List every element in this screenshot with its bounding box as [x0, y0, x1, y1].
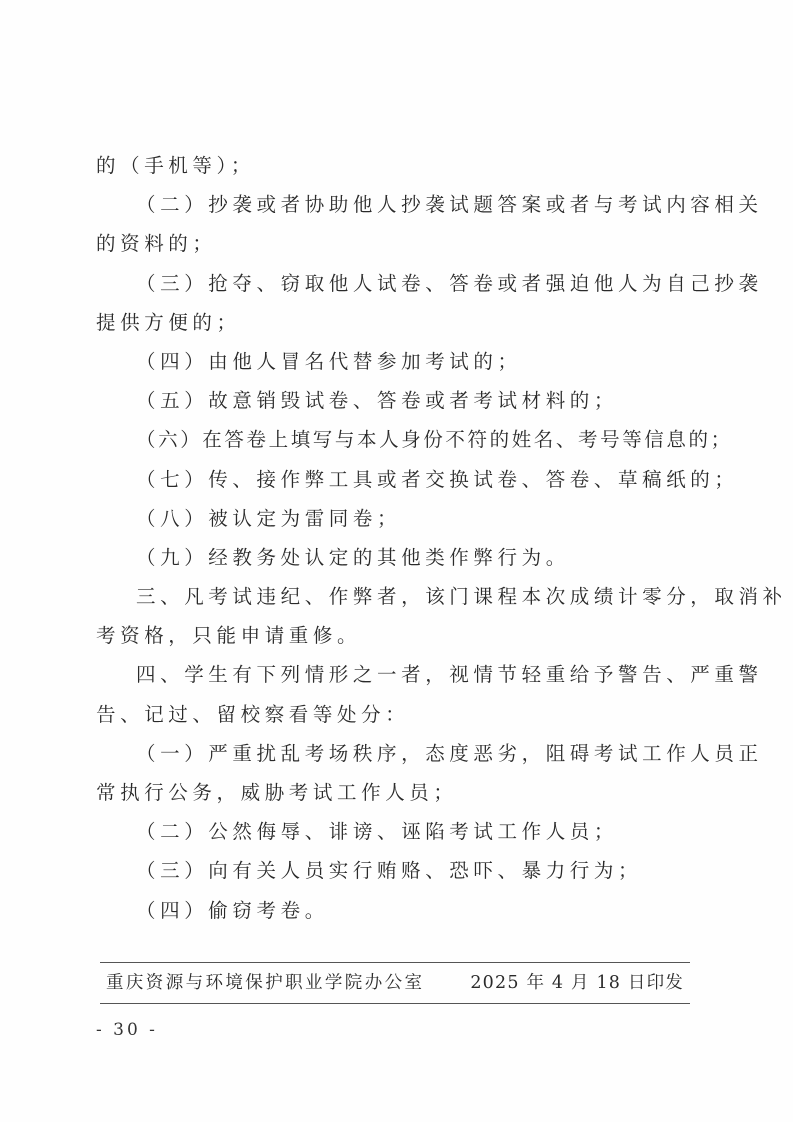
text-line: （六）在答卷上填写与本人身份不符的姓名、考号等信息的；	[96, 420, 702, 459]
body-text: 的（手机等）； （二）抄袭或者协助他人抄袭试题答案或者与考试内容相关 的资料的；…	[96, 146, 702, 930]
issuing-office: 重庆资源与环境保护职业学院办公室	[106, 963, 424, 1003]
text-line: 四、学生有下列情形之一者，视情节轻重给予警告、严重警	[96, 655, 702, 694]
text-line: （二）公然侮辱、诽谤、诬陷考试工作人员；	[96, 812, 702, 851]
text-line: 的（手机等）；	[96, 146, 702, 185]
issuance-footer: 重庆资源与环境保护职业学院办公室 2025 年 4 月 18 日印发	[100, 962, 690, 1004]
text-line: （四）由他人冒名代替参加考试的；	[96, 342, 702, 381]
text-line: （四）偷窃考卷。	[96, 891, 702, 930]
text-line: （一）严重扰乱考场秩序，态度恶劣，阻碍考试工作人员正	[96, 734, 702, 773]
text-line: 考资格，只能申请重修。	[96, 616, 702, 655]
text-line: （五）故意销毁试卷、答卷或者考试材料的；	[96, 381, 702, 420]
text-line: （八）被认定为雷同卷；	[96, 499, 702, 538]
page-number: - 30 -	[96, 1018, 158, 1042]
text-line: （七）传、接作弊工具或者交换试卷、答卷、草稿纸的；	[96, 460, 702, 499]
text-line: 三、凡考试违纪、作弊者，该门课程本次成绩计零分，取消补	[96, 577, 702, 616]
document-page: 的（手机等）； （二）抄袭或者协助他人抄袭试题答案或者与考试内容相关 的资料的；…	[0, 0, 793, 1122]
footer-row: 重庆资源与环境保护职业学院办公室 2025 年 4 月 18 日印发	[100, 963, 690, 1003]
footer-bottom-rule	[100, 1003, 690, 1004]
text-line: （三）抢夺、窃取他人试卷、答卷或者强迫他人为自己抄袭	[96, 264, 702, 303]
text-line: 提供方便的；	[96, 303, 702, 342]
issue-date: 2025 年 4 月 18 日印发	[470, 963, 684, 1003]
text-line: 告、记过、留校察看等处分：	[96, 695, 702, 734]
text-line: 的资料的；	[96, 224, 702, 263]
text-line: （二）抄袭或者协助他人抄袭试题答案或者与考试内容相关	[96, 185, 702, 224]
text-line: （九）经教务处认定的其他类作弊行为。	[96, 538, 702, 577]
text-line: 常执行公务，威胁考试工作人员；	[96, 773, 702, 812]
text-line: （三）向有关人员实行贿赂、恐吓、暴力行为；	[96, 851, 702, 890]
